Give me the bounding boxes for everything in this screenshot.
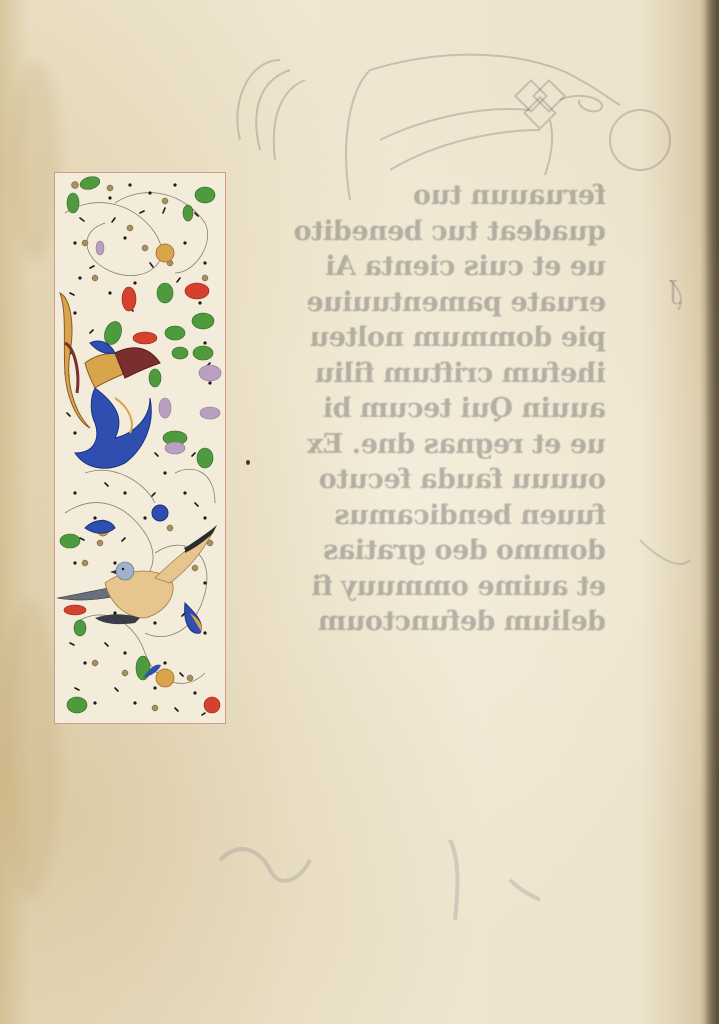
- bleed-through-line: quadeat tuc benedito: [236, 214, 606, 250]
- parchment-stain: [10, 60, 60, 260]
- bleed-through-line: fuuen bendicamus: [236, 498, 606, 534]
- bleed-through-line: auuin Qui tecum bi: [236, 391, 606, 427]
- bleed-through-line: et auime ommuuy fi: [236, 569, 606, 605]
- border-artwork: [55, 173, 225, 723]
- margin-mark: J: [668, 276, 678, 306]
- bleed-through-line: dommo deo gratias: [236, 533, 606, 569]
- bleed-through-line: eruate pamentuuiue: [236, 285, 606, 321]
- bleed-through-margin-marks: [600, 240, 719, 620]
- manuscript-page: feruauun tuo quadeat tuc benedito ue et …: [0, 0, 719, 1024]
- bleed-through-text-block: feruauun tuo quadeat tuc benedito ue et …: [236, 178, 606, 640]
- gutter-shadow: [705, 0, 719, 1024]
- bleed-through-line: ue et cuis cienta Ai: [236, 249, 606, 285]
- bleed-through-line: ihefum criftum filiu: [236, 356, 606, 392]
- illuminated-border: [54, 172, 226, 724]
- bleed-through-line: pie dommum nolteu: [236, 320, 606, 356]
- bleed-through-line: ouuuu fauda fecuto: [236, 462, 606, 498]
- bleed-through-bottom-ornament: [190, 800, 590, 940]
- ink-speck: [246, 460, 250, 465]
- bleed-through-line: feruauun tuo: [236, 178, 606, 214]
- bleed-through-line: ue et regnas dne. Ex: [236, 427, 606, 463]
- parchment-stain: [0, 600, 60, 900]
- bleed-through-line: delium defunctoum: [236, 604, 606, 640]
